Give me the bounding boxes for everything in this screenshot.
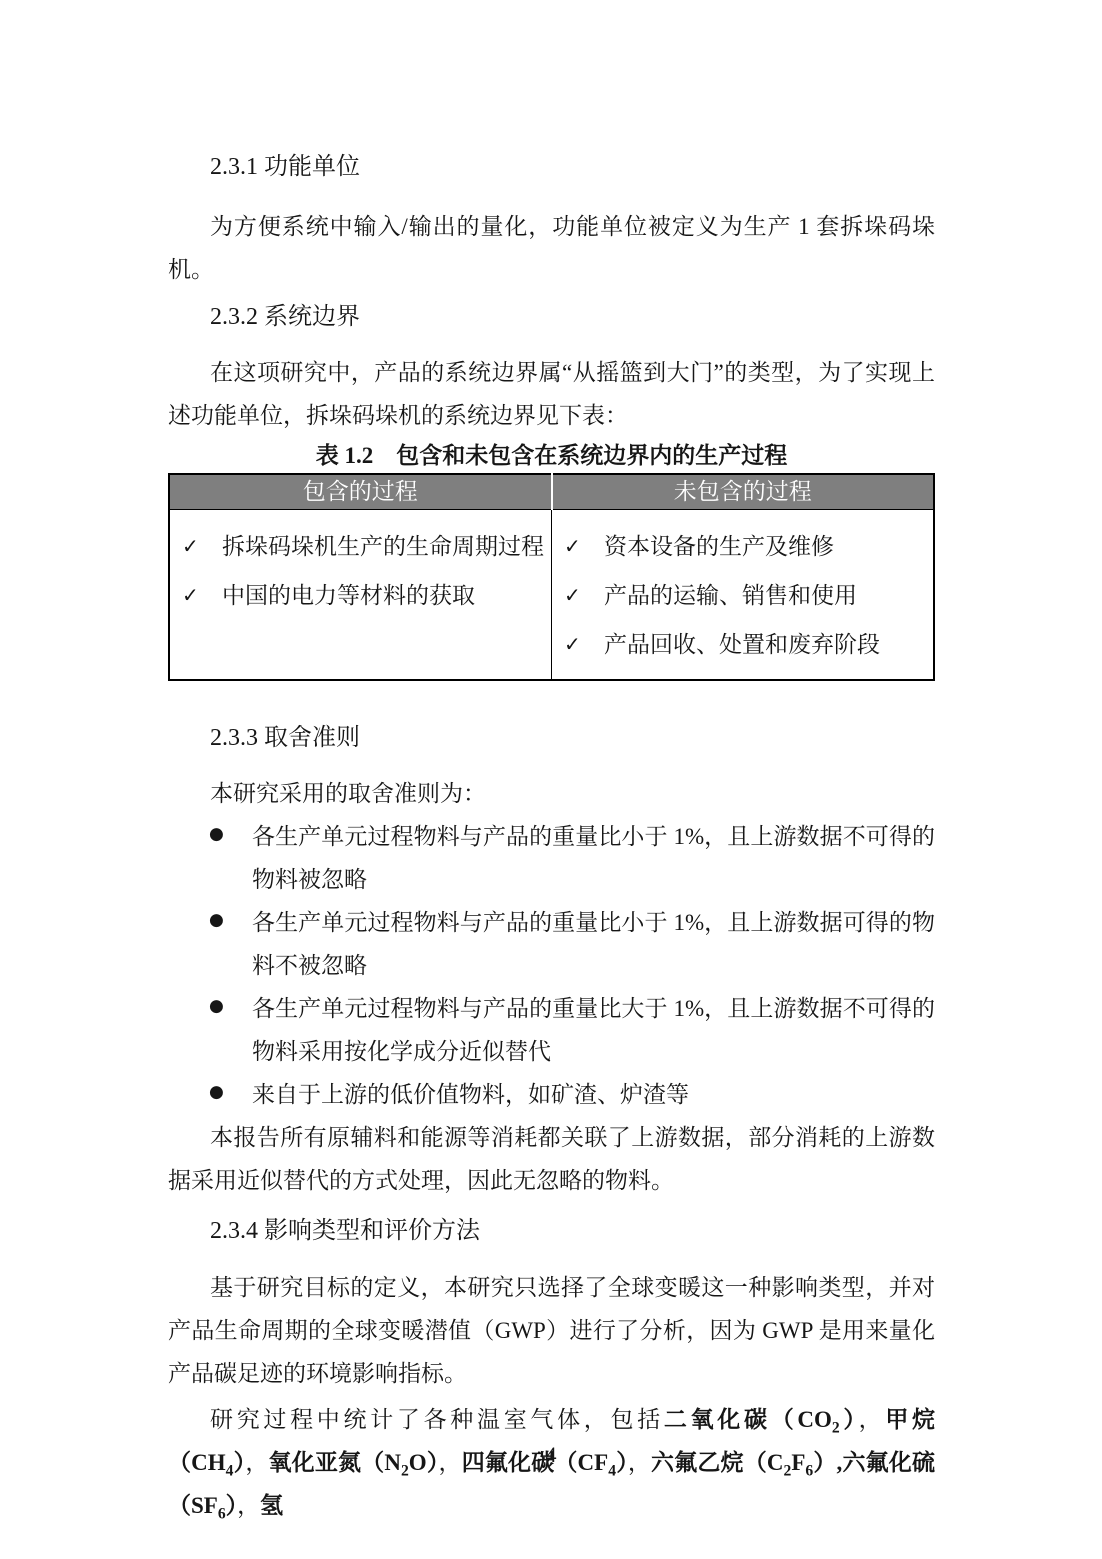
check-icon: ✓ xyxy=(558,522,604,571)
list-item-text: 来自于上游的低价值物料，如矿渣、炉渣等 xyxy=(252,1082,689,1107)
bullet-icon: ● xyxy=(209,1071,224,1114)
bullet-icon: ● xyxy=(209,813,224,856)
table-row: ✓ 产品回收、处置和废弃阶段 xyxy=(558,620,927,669)
page-number: 4 xyxy=(0,1440,1102,1470)
list-item: ● 各生产单元过程物料与产品的重量比大于 1%，且上游数据不可得的物料采用按化学… xyxy=(168,987,935,1073)
list-item-text: 各生产单元过程物料与产品的重量比小于 1%，且上游数据可得的物料不被忽略 xyxy=(252,910,935,978)
page-content: 2.3.1 功能单位 为方便系统中输入/输出的量化，功能单位被定义为生产 1 套… xyxy=(168,146,935,1527)
table-caption: 表 1.2 包含和未包含在系统边界内的生产过程 xyxy=(168,439,935,473)
excluded-cell: ✓ 资本设备的生产及维修 ✓ 产品的运输、销售和使用 ✓ 产品回收、处置和废弃阶… xyxy=(552,510,935,681)
table-row: ✓ 拆垛码垛机生产的生命周期过程 xyxy=(176,522,545,571)
excluded-item-label: 产品回收、处置和废弃阶段 xyxy=(604,620,880,669)
table-row: ✓ 中国的电力等材料的获取 xyxy=(176,571,545,620)
included-item-label: 中国的电力等材料的获取 xyxy=(222,571,475,620)
paragraph-cutoff-closing: 本报告所有原辅料和能源等消耗都关联了上游数据，部分消耗的上游数据采用近似替代的方… xyxy=(168,1116,935,1202)
bullet-icon: ● xyxy=(209,899,224,942)
column-header-included: 包含的过程 xyxy=(169,474,552,510)
table-body-row: ✓ 拆垛码垛机生产的生命周期过程 ✓ 中国的电力等材料的获取 ✓ 资本设备的生产… xyxy=(169,510,934,681)
paragraph-gwp: 基于研究目标的定义，本研究只选择了全球变暖这一种影响类型，并对产品生命周期的全球… xyxy=(168,1266,935,1395)
check-icon: ✓ xyxy=(176,522,222,571)
check-icon: ✓ xyxy=(176,571,222,620)
system-boundary-table: 包含的过程 未包含的过程 ✓ 拆垛码垛机生产的生命周期过程 ✓ 中国的电力等材料… xyxy=(168,473,935,681)
table-row: ✓ 产品的运输、销售和使用 xyxy=(558,571,927,620)
table-row: ✓ 资本设备的生产及维修 xyxy=(558,522,927,571)
column-header-excluded: 未包含的过程 xyxy=(552,474,935,510)
paragraph-system-boundary: 在这项研究中，产品的系统边界属“从摇篮到大门”的类型，为了实现上述功能单位，拆垛… xyxy=(168,351,935,437)
included-cell: ✓ 拆垛码垛机生产的生命周期过程 ✓ 中国的电力等材料的获取 xyxy=(169,510,552,681)
list-item: ● 来自于上游的低价值物料，如矿渣、炉渣等 xyxy=(168,1073,935,1116)
table-header-row: 包含的过程 未包含的过程 xyxy=(169,474,934,510)
paragraph-cutoff-intro: 本研究采用的取舍准则为： xyxy=(168,772,935,815)
section-heading-231: 2.3.1 功能单位 xyxy=(168,146,935,189)
list-item-text: 各生产单元过程物料与产品的重量比大于 1%，且上游数据不可得的物料采用按化学成分… xyxy=(252,996,935,1064)
section-heading-234: 2.3.4 影响类型和评价方法 xyxy=(168,1210,935,1253)
list-item: ● 各生产单元过程物料与产品的重量比小于 1%，且上游数据可得的物料不被忽略 xyxy=(168,901,935,987)
paragraph-functional-unit: 为方便系统中输入/输出的量化，功能单位被定义为生产 1 套拆垛码垛机。 xyxy=(168,205,935,291)
cutoff-criteria-list: ● 各生产单元过程物料与产品的重量比小于 1%，且上游数据不可得的物料被忽略 ●… xyxy=(168,815,935,1116)
list-item-text: 各生产单元过程物料与产品的重量比小于 1%，且上游数据不可得的物料被忽略 xyxy=(252,824,935,892)
section-heading-233: 2.3.3 取舍准则 xyxy=(168,717,935,760)
list-item: ● 各生产单元过程物料与产品的重量比小于 1%，且上游数据不可得的物料被忽略 xyxy=(168,815,935,901)
included-item-label: 拆垛码垛机生产的生命周期过程 xyxy=(222,522,544,571)
excluded-item-label: 产品的运输、销售和使用 xyxy=(604,571,857,620)
bullet-icon: ● xyxy=(209,985,224,1028)
document-page: 2.3.1 功能单位 为方便系统中输入/输出的量化，功能单位被定义为生产 1 套… xyxy=(0,0,1102,1559)
section-heading-232: 2.3.2 系统边界 xyxy=(168,296,935,339)
check-icon: ✓ xyxy=(558,620,604,669)
check-icon: ✓ xyxy=(558,571,604,620)
excluded-item-label: 资本设备的生产及维修 xyxy=(604,522,834,571)
